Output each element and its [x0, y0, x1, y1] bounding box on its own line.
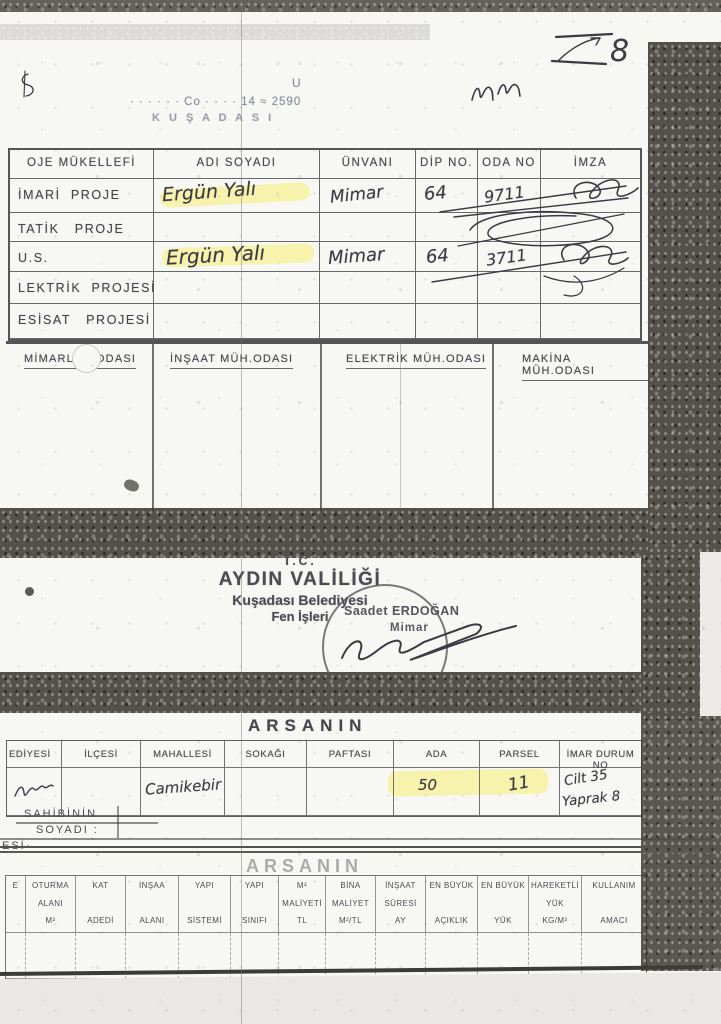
scanner-background [0, 972, 721, 1024]
header-line: YÜK [529, 899, 581, 909]
cell-empty [426, 933, 478, 979]
handwritten-mahalle: Camikebir [144, 775, 221, 798]
fold-line [400, 343, 401, 509]
handwritten-scribble-icon [11, 778, 57, 804]
header-line: BİNA [326, 881, 375, 891]
scan-dark-band [0, 508, 700, 558]
margin-squiggle-icon [16, 70, 34, 98]
header-line: ADEDİ [76, 916, 125, 926]
header-line: ALANI [126, 916, 178, 926]
table-divider [152, 344, 154, 511]
double-rule [0, 846, 712, 848]
cell-empty [541, 304, 640, 339]
cell-name-1: Ergün Yalı [154, 179, 320, 213]
col-header-yapi-sistemi: YAPI SİSTEMİ [179, 876, 231, 933]
header-line: M² [26, 916, 75, 926]
header-line: AY [376, 916, 425, 926]
table-divider [492, 344, 494, 511]
header-line: OTURMA [26, 881, 75, 891]
header-line: KG/M² [529, 916, 581, 926]
col-header-sokagi: SOKAĞI [225, 741, 307, 768]
col-header-parsel: PARSEL [480, 741, 560, 768]
header-line: SİSTEMİ [179, 916, 230, 926]
cell-title-1: Mimar [320, 179, 416, 213]
col-header-project: OJE MÜKELLEFİ [10, 150, 154, 179]
header-line: YAPI [231, 881, 278, 891]
row-label-statik-proje: TATİK PROJE [10, 213, 154, 242]
handwritten-initials-icon [466, 76, 528, 108]
col-header-en-buyuk-aciklik: EN BÜYÜK AÇIKLIK [426, 876, 478, 933]
building-specs-table: E OTURMA ALANI M² KAT ADEDİ İNŞAA ALANI … [5, 875, 647, 980]
row-label-imari-proje: İMARİ PROJE [10, 179, 154, 213]
cell-empty [529, 933, 582, 979]
cell-title-3: Mimar [320, 242, 416, 272]
hole-punch-dark [25, 587, 34, 596]
col-header-yapi-sinifi: YAPI SINIFI [231, 876, 279, 933]
header-line: EN BÜYÜK [426, 881, 477, 891]
col-header-mahallesi: MAHALLESİ [141, 741, 225, 768]
faint-stamp-line-u: U [292, 76, 301, 90]
header-line: AÇIKLIK [426, 916, 477, 926]
col-header-paftasi: PAFTASI [307, 741, 394, 768]
cell-title-2 [320, 213, 416, 242]
chamber-mechanical-label: MAKİNA MÜH.ODASI [522, 353, 648, 381]
handwritten-ada: 50 [418, 776, 437, 794]
col-header-oturma-alani: OTURMA ALANI M² [26, 876, 76, 933]
chamber-electrical-label: ELEKTRİK MÜH.ODASI [346, 353, 486, 369]
rule-line-vertical [117, 806, 119, 838]
cell-empty [376, 933, 426, 979]
col-header-imar-durum-no: İMAR DURUM NO [560, 741, 641, 768]
signature-icon [424, 240, 640, 294]
header-line: E [6, 881, 25, 891]
scanned-permit-form: U · · · · · · Co · · · · 14 ≈ 2590 K U Ş… [0, 0, 721, 1024]
col-header-0: E [6, 876, 26, 933]
col-header-ilcesi: İLÇESİ [62, 741, 141, 768]
header-line: MALİYET [326, 899, 375, 909]
fold-line [241, 0, 242, 1024]
section-title-arsanin-2: ARSANIN [246, 856, 363, 877]
cell-empty [478, 933, 529, 979]
cell-name-3: Ergün Yalı [154, 242, 320, 272]
cell-name-2 [154, 213, 320, 242]
col-header-title: ÜNVANI [320, 150, 416, 179]
header-line: HAREKETLİ [529, 881, 581, 891]
scan-dark-band [0, 672, 700, 713]
faint-stamp-city: K U Ş A D A S I [152, 112, 274, 124]
col-header-imza: İMZA [541, 150, 640, 179]
scan-right-edge-artifact [648, 42, 721, 560]
header-line: AMACI [582, 916, 646, 926]
header-line: EN BÜYÜK [478, 881, 528, 891]
stamp-person-name: Saadet ERDOĞAN [344, 604, 459, 618]
cell-empty [320, 272, 416, 304]
col-header-belediyesi: EDİYESİ [7, 741, 62, 768]
header-line: YÜK [478, 916, 528, 926]
col-header-odano: ODA NO [478, 150, 541, 179]
cell-empty [320, 304, 416, 339]
hole-punch [72, 344, 101, 373]
header-line: SINIFI [231, 916, 278, 926]
handwritten-name: Ergün Yalı [165, 240, 265, 269]
header-line: YAPI [179, 881, 230, 891]
cell-empty [478, 304, 541, 339]
handwritten-eight: 8 [610, 34, 629, 69]
header-line: MALİYETİ [279, 899, 325, 909]
rule-line [0, 838, 712, 840]
col-header-ada: ADA [394, 741, 480, 768]
header-line: KULLANIM [582, 881, 646, 891]
col-header-name: ADI SOYADI [154, 150, 320, 179]
row-label-tesisat-projesi: ESİSAT PROJESİ [10, 304, 154, 339]
faint-stamp-date-number: · · · · · · Co · · · · 14 ≈ 2590 [130, 96, 301, 108]
col-header-m2-maliyeti: M² MALİYETİ TL [279, 876, 326, 933]
row-label-us: U.S. [10, 242, 154, 272]
col-header-insaat-suresi: İNŞAAT SÜRESİ AY [376, 876, 426, 933]
col-header-kat-adedi: KAT ADEDİ [76, 876, 126, 933]
cell-empty [154, 304, 320, 339]
owner-surname-label: SOYADI : [36, 824, 99, 836]
cell-empty [154, 272, 320, 304]
scan-faint-streak [0, 24, 430, 40]
header-line: M² [279, 881, 325, 891]
header-line: TL [279, 916, 325, 926]
section-title-arsanin: ARSANIN [248, 716, 367, 736]
header-line: M²/TL [326, 916, 375, 926]
chamber-civil-label: İNŞAAT MÜH.ODASI [170, 353, 293, 369]
cell-empty [416, 304, 478, 339]
table-divider [320, 344, 322, 511]
owner-group-label: SAHİBİNİN [24, 808, 97, 820]
col-header-en-buyuk-yuk: EN BÜYÜK YÜK [478, 876, 529, 933]
col-header-hareketli-yuk: HAREKETLİ YÜK KG/M² [529, 876, 582, 933]
scan-right-light-edge [700, 552, 721, 716]
chambers-table: MİMARLAR ODASI İNŞAAT MÜH.ODASI ELEKTRİK… [6, 341, 648, 511]
scan-dark-frame-right [641, 552, 701, 720]
handwritten-title: Mimar [327, 244, 385, 269]
header-line: ALANI [26, 899, 75, 909]
handwritten-cilt: Cilt 35 [563, 767, 609, 790]
header-line: İNŞAA [126, 881, 178, 891]
page-number-mark-icon: 8 [548, 30, 640, 72]
header-line: KAT [76, 881, 125, 891]
scan-top-edge-artifact [0, 0, 721, 12]
row-label-elektrik-projesi: LEKTRİK PROJESİ [10, 272, 154, 304]
header-line: SÜRESİ [376, 899, 425, 909]
col-header-kullanim-amaci: KULLANIM AMACI [582, 876, 646, 933]
col-header-dipno: DİP NO. [416, 150, 478, 179]
handwritten-title: Mimar [329, 182, 384, 207]
col-header-insaat-alani: İNŞAA ALANI [126, 876, 179, 933]
col-header-bina-maliyet: BİNA MALİYET M²/TL [326, 876, 376, 933]
handwritten-parsel: 11 [506, 772, 531, 795]
double-rule [0, 851, 712, 853]
header-line: İNŞAAT [376, 881, 425, 891]
stamp-signature-icon [332, 624, 490, 670]
